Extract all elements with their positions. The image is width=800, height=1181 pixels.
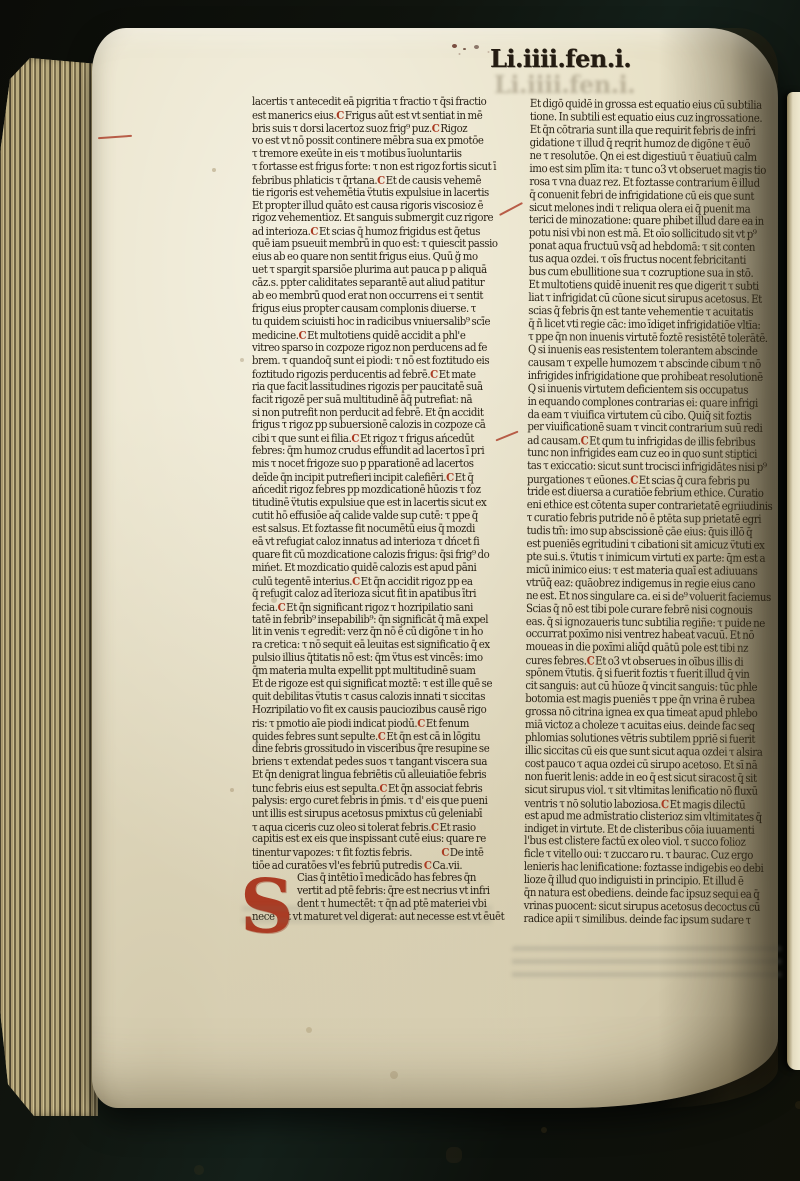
rubric-paragraph-mark: C — [581, 434, 590, 447]
text-line: mis τ nocet frigoze suo p pparationē ad … — [252, 458, 508, 471]
rubric-paragraph-mark: C — [424, 859, 433, 872]
text-line: quit́ debilitas v̈tutis τ casus calozis … — [252, 691, 508, 704]
text-line: τ aqua ciceris cuz oleo si tolerat febri… — [252, 821, 508, 834]
text-line: τ fortasse est frigus forte: τ non est r… — [252, 161, 508, 174]
text-line: deīde q̄n incipit putrefieri incipit cal… — [252, 471, 508, 484]
text-line: fecia.CEt q̄n significant rigoz τ hozrip… — [252, 601, 508, 614]
rubric-paragraph-mark: C — [417, 717, 426, 730]
text-line: lit́ in venis τ egredit́: verz q̄n nō ē … — [252, 626, 508, 639]
red-margin-mark — [98, 135, 132, 139]
text-line: febribus phlaticis τ q̄rtana.CEt de caus… — [252, 174, 508, 187]
text-line: quare fit cū mozdicatione calozis frigus… — [252, 549, 508, 562]
book-page: Li.iiii.fen.i. Li.iiii.fen.i. lacertis τ… — [92, 28, 778, 1108]
text-line: frigus eius propter causam complonis diu… — [252, 303, 508, 316]
rubric-paragraph-mark: C — [441, 846, 450, 859]
facing-page-edge — [787, 92, 800, 1070]
rubric-paragraph-mark: C — [278, 601, 287, 614]
text-line: pulsio illius q̄titatis nō est: q̄m v̈tu… — [252, 652, 508, 665]
text-line: febres: q̄m humoz crudus effundit́ ad la… — [252, 445, 508, 458]
photograph-of-incunabulum-page: { "header": "Li.iiii.fen.i.", "drop_cap"… — [0, 0, 800, 1181]
text-column-right: Et digō quidē in grossa est equatio eius… — [523, 98, 785, 928]
rubric-paragraph-mark: C — [336, 109, 345, 122]
text-line: cutit́ hō effusiōe aq̄ calide valde sup … — [252, 510, 508, 523]
text-line: dine febris grossitudo in visceribus q̄r… — [252, 743, 508, 756]
text-line: tatē in febrib⁹ insepabilib⁹: q̄n signif… — [252, 614, 508, 627]
text-line: facit rigozē per suā multitudinē āq̄ put… — [252, 394, 508, 407]
text-line: eius ab eo quare non sentit frigus eius.… — [252, 251, 508, 264]
text-line: vitreo sparso in cozpoze rigoz non perdu… — [252, 342, 508, 355]
text-line: brem. τ quandoq̄ sunt ei piodi: τ nō est… — [252, 355, 508, 368]
text-line: mińet. Et mozdicatio quidē calozis est a… — [252, 562, 508, 575]
text-line: tinentur vapozes: τ fit foztis febris. C… — [252, 846, 508, 859]
text-line: tu quidem sciuisti hoc in radicibus vniu… — [252, 316, 508, 329]
rubric-paragraph-mark: C — [432, 122, 441, 135]
text-line: rigoz vehementioz. Et sanguis submergit … — [252, 212, 508, 225]
rubric-paragraph-mark: C — [378, 730, 387, 743]
text-line: ria que facit lassitudines rigozis per p… — [252, 381, 508, 394]
text-line: ra cretica: τ nō sequit́ eā leuitas est … — [252, 639, 508, 652]
text-line: ad interioza.CEt scias q̄ humoz frigidus… — [252, 225, 508, 238]
text-line: tie rigoris est vehemētia v̈tutis expuls… — [252, 187, 508, 200]
text-line: q̄ refugit caloz ad īterioza sicut fit i… — [252, 588, 508, 601]
text-line: Hozripilatio vo fit ex causis pauciozibu… — [252, 704, 508, 717]
text-line: ris: τ pmotio aīe piodi indicat piodū.CE… — [252, 717, 508, 730]
text-line: est salsus. Et foztasse fit nocumētū eiu… — [252, 523, 508, 536]
text-line: eā vt refugiat caloz innatus ad interioz… — [252, 536, 508, 549]
text-line: titudinē v̈tutis expulsiue que est in la… — [252, 497, 508, 510]
text-line: cibi τ que sunt ei filia.CEt rigoz τ fri… — [252, 432, 508, 445]
text-show-through — [242, 906, 492, 928]
text-line: capitis est ex eis que inspissant cutē e… — [252, 833, 508, 846]
rubric-paragraph-mark: C — [661, 797, 670, 811]
rubric-paragraph-mark: C — [377, 174, 386, 187]
text-line: τ tremore exeūte in eis τ motibus īuolun… — [252, 148, 508, 161]
rubric-paragraph-mark: C — [446, 471, 455, 484]
text-line: frigus τ rigoz pp subuersionē calozis in… — [252, 419, 508, 432]
text-line: si non putrefit non perducit ad febrē. E… — [252, 407, 508, 420]
text-line: uet́ τ spargit́ sparsiōe plurima aut pau… — [252, 264, 508, 277]
rubric-paragraph-mark: C — [351, 432, 360, 445]
text-line: ańcedit rigoz febres pp mozdicationē hūo… — [252, 484, 508, 497]
text-line: cāz.s. ppter caliditates separantē aut a… — [252, 277, 508, 290]
rubric-paragraph-mark: C — [430, 368, 439, 381]
text-line: Et de rigoze est qui significat moztē: τ… — [252, 678, 508, 691]
rubric-paragraph-mark: C — [299, 329, 308, 342]
text-line: ab eo membrū quod erat non occurrens ei … — [252, 290, 508, 303]
text-line: lacertis τ antecedit eā pigritia τ fract… — [252, 96, 508, 109]
text-line: culū tegentē interius.CEt q̄n accidit ri… — [252, 575, 508, 588]
text-line: est manerics eius.CFrigus aūt est vt sen… — [252, 109, 508, 122]
text-line: Et q̄n denigrat́ lingua febriētis cū all… — [252, 769, 508, 782]
text-show-through — [512, 946, 782, 980]
text-line: unt illis est sirupus acetosus pmixtus c… — [252, 808, 508, 821]
text-line: bris suis τ dorsi lacertoz suoz frig⁹ pu… — [252, 122, 508, 135]
text-line: radice apii τ similibus. deinde fac ipsu… — [523, 913, 779, 928]
text-column-left: lacertis τ antecedit eā pigritia τ fract… — [252, 96, 508, 924]
text-line: quē iam psueuit membrū in quo est: τ qui… — [252, 238, 508, 251]
rubric-paragraph-mark: C — [379, 782, 388, 795]
text-line: medicine.CEt multotiens quidē accidit a … — [252, 329, 508, 342]
text-line: Et propter illud quāto est causa rigoris… — [252, 200, 508, 213]
text-line: quides febres sunt sepulte.CEt q̄n est c… — [252, 730, 508, 743]
text-line: briens τ extendat pedes suos τ tangant́ … — [252, 756, 508, 769]
text-line: vo est vt nō possit continere mēbra sua … — [252, 135, 508, 148]
text-line: q̄m materia multa expellit́ ppt́ multitu… — [252, 665, 508, 678]
page-header-folio-label: Li.iiii.fen.i. — [490, 44, 631, 73]
foxing-spots — [212, 168, 216, 172]
text-line: palysis: ergo curet́ febris in ṕmis. τ d… — [252, 795, 508, 808]
rubric-paragraph-mark: C — [352, 575, 361, 588]
book-fore-edge-pages — [0, 58, 98, 1116]
text-line: foztitudo rigozis perducentis ad febrē.C… — [252, 368, 508, 381]
ink-stain — [452, 44, 457, 48]
rubric-paragraph-mark: C — [587, 654, 596, 668]
header-show-through: Li.iiii.fen.i. — [494, 70, 635, 99]
text-line: tunc febris eius est sepulta.CEt q̄n ass… — [252, 782, 508, 795]
